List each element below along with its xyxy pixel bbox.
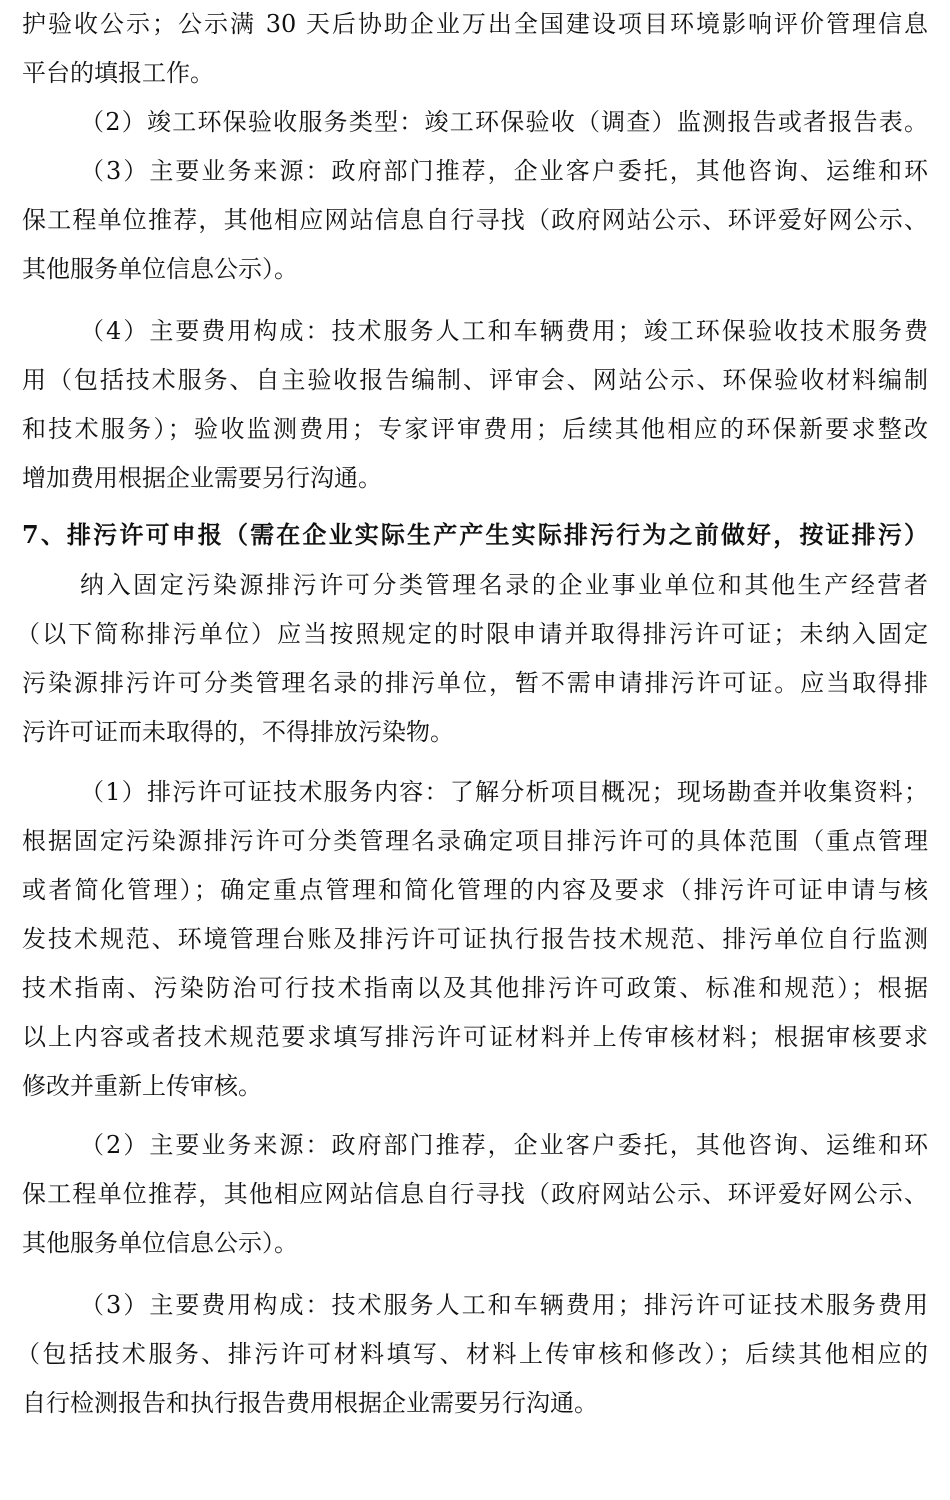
text-line: 或者简化管理）；确定重点管理和简化管理的内容及要求（排污许可证申请与核	[22, 870, 928, 910]
text-line: 根据固定污染源排污许可分类管理名录确定项目排污许可的具体范围（重点管理	[22, 821, 928, 861]
text-line: 技术指南、污染防治可行技术指南以及其他排污许可政策、标准和规范）；根据	[22, 968, 928, 1008]
text-line: （3）主要业务来源：政府部门推荐，企业客户委托，其他咨询、运维和环	[80, 151, 928, 191]
text-line: 增加费用根据企业需要另行沟通。	[22, 458, 382, 498]
text-line: 污许可证而未取得的，不得排放污染物。	[22, 712, 454, 752]
text-line: 污染源排污许可分类管理名录的排污单位，暂不需申请排污许可证。应当取得排	[22, 663, 928, 703]
text-line: （1）排污许可证技术服务内容：了解分析项目概况；现场勘查并收集资料；	[80, 772, 928, 812]
text-line: 平台的填报工作。	[22, 53, 214, 93]
text-line: 以上内容或者技术规范要求填写排污许可证材料并上传审核材料；根据审核要求	[22, 1017, 928, 1057]
text-line: 修改并重新上传审核。	[22, 1066, 262, 1106]
text-line: 和技术服务）；验收监测费用；专家评审费用；后续其他相应的环保新要求整改	[22, 409, 928, 449]
text-line: 纳入固定污染源排污许可分类管理名录的企业事业单位和其他生产经营者	[80, 565, 928, 605]
text-line: 其他服务单位信息公示）。	[22, 1223, 298, 1263]
text-line: （包括技术服务、排污许可材料填写、材料上传审核和修改）；后续其他相应的	[16, 1334, 928, 1374]
text-line: （2）竣工环保验收服务类型：竣工环保验收（调查）监测报告或者报告表。	[80, 102, 928, 142]
text-line: 保工程单位推荐，其他相应网站信息自行寻找（政府网站公示、环评爱好网公示、	[22, 200, 928, 240]
section-heading: 7、排污许可申报（需在企业实际生产产生实际排污行为之前做好，按证排污）	[22, 515, 928, 555]
text-line: 用（包括技术服务、自主验收报告编制、评审会、网站公示、环保验收材料编制	[22, 360, 928, 400]
text-line: 保工程单位推荐，其他相应网站信息自行寻找（政府网站公示、环评爱好网公示、	[22, 1174, 928, 1214]
text-line: 发技术规范、环境管理台账及排污许可证执行报告技术规范、排污单位自行监测	[22, 919, 928, 959]
text-line: 其他服务单位信息公示）。	[22, 249, 298, 289]
text-line: （3）主要费用构成：技术服务人工和车辆费用；排污许可证技术服务费用	[80, 1285, 928, 1325]
text-line: （2）主要业务来源：政府部门推荐，企业客户委托，其他咨询、运维和环	[80, 1125, 928, 1165]
text-line: （以下简称排污单位）应当按照规定的时限申请并取得排污许可证；未纳入固定	[16, 614, 928, 654]
text-line: 护验收公示；公示满 30 天后协助企业万出全国建设项目环境影响评价管理信息	[22, 4, 928, 44]
text-line: 自行检测报告和执行报告费用根据企业需要另行沟通。	[22, 1383, 598, 1423]
text-line: （4）主要费用构成：技术服务人工和车辆费用；竣工环保验收技术服务费	[80, 311, 928, 351]
